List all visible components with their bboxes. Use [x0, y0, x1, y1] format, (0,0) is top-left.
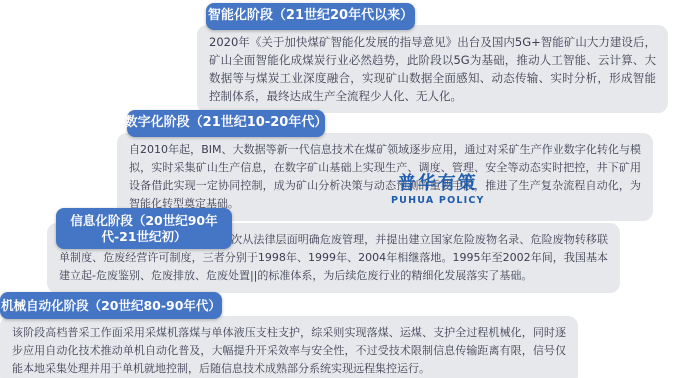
stage-title-label: 机械自动化阶段（20世纪80-90年代） — [1, 298, 221, 314]
stage-title-badge-intelligent: 智能化阶段（21世纪20年代以来） — [206, 3, 415, 30]
stage-title-badge-mechanical-automation: 机械自动化阶段（20世纪80-90年代） — [0, 292, 222, 319]
stage-diagram: 2020年《关于加快煤矿智能化发展的指导意见》出台及国内5G+智能矿山大力建设后… — [0, 0, 674, 378]
stage-title-label: 智能化阶段（21世纪20年代以来） — [208, 8, 413, 24]
stage-title-badge-digital: 数字化阶段（21世纪10-20年代） — [127, 110, 325, 137]
stage-title-label: 数字化阶段（21世纪10-20年代） — [125, 115, 328, 131]
stage-card-mechanical-automation: 该阶段高档普采工作面采用采煤机落煤与单体液压支柱支护，综采则实现落煤、运煤、支护… — [0, 316, 578, 378]
stage-description: 2020年《关于加快煤矿智能化发展的指导意见》出台及国内5G+智能矿山大力建设后… — [209, 35, 656, 103]
stage-description: 该阶段高档普采工作面采用采煤机落煤与单体液压支柱支护，综采则实现落煤、运煤、支护… — [12, 326, 566, 375]
stage-description: 自2010年起，BIM、大数据等新一代信息技术在煤矿领域逐步应用，通过对采矿生产… — [129, 143, 641, 210]
stage-title-label: 信息化阶段（20世纪90年代-21世纪初） — [64, 213, 224, 244]
stage-card-intelligent: 2020年《关于加快煤矿智能化发展的指导意见》出台及国内5G+智能矿山大力建设后… — [197, 25, 668, 113]
stage-title-badge-informatization: 信息化阶段（20世纪90年代-21世纪初） — [56, 208, 232, 249]
